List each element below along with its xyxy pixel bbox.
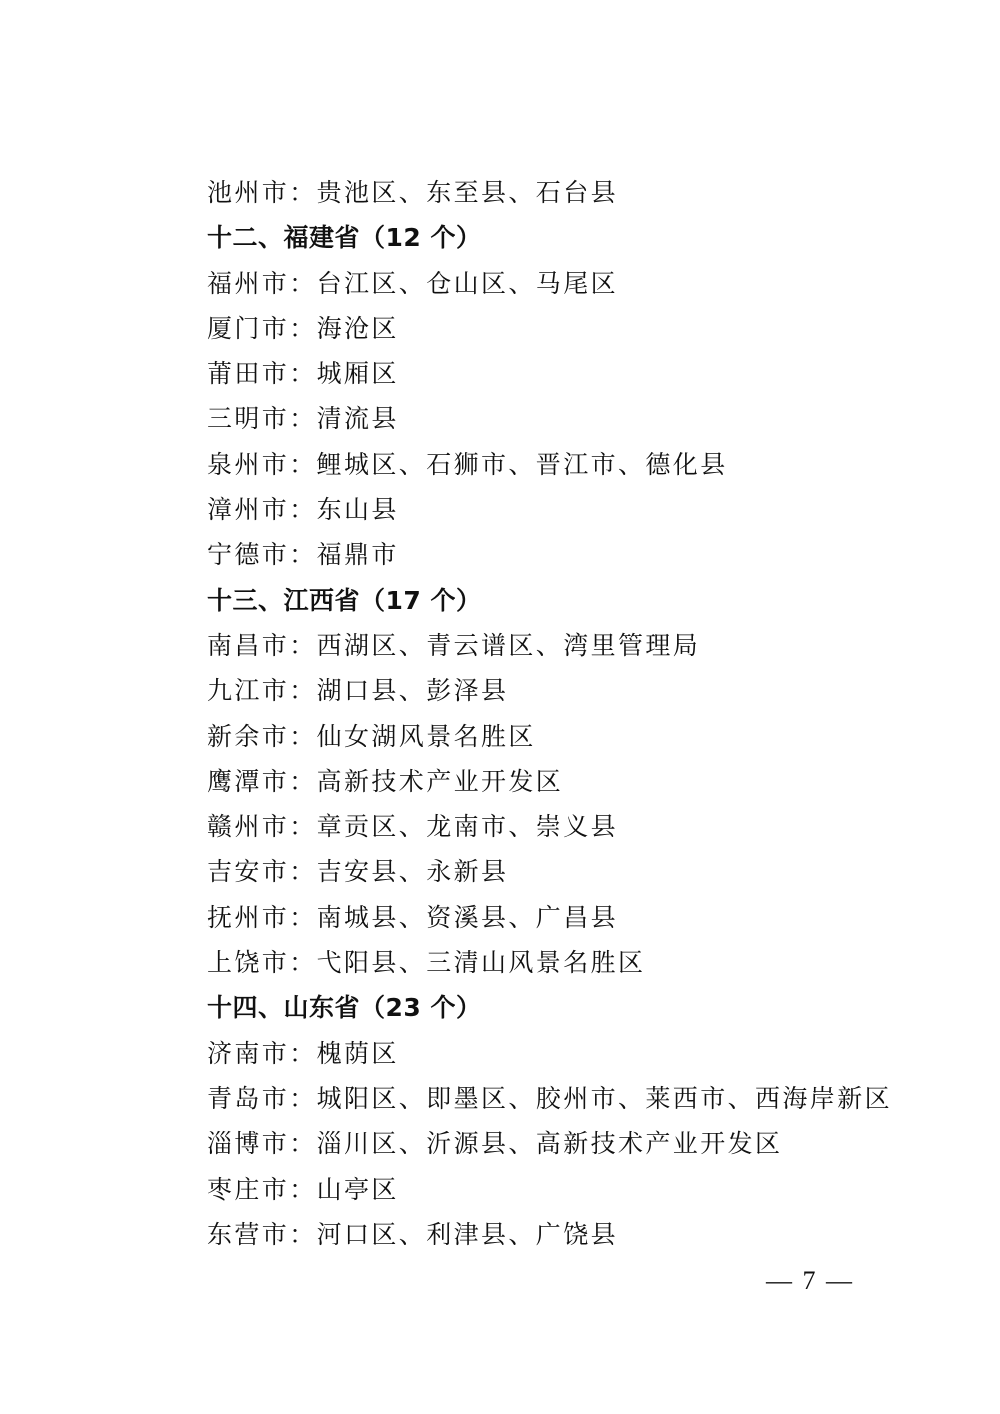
entry-ningde: 宁德市：福鼎市 <box>207 532 867 577</box>
city-name: 南昌市： <box>207 631 317 660</box>
district-list: 弋阳县、三清山风景名胜区 <box>317 948 646 977</box>
section-heading-jiangxi: 十三、江西省（17 个） <box>207 578 867 623</box>
entry-fuzhou: 福州市：台江区、仓山区、马尾区 <box>207 261 867 306</box>
city-name: 泉州市： <box>207 450 317 479</box>
district-list: 海沧区 <box>317 314 399 343</box>
city-name: 池州市： <box>207 178 317 207</box>
district-list: 台江区、仓山区、马尾区 <box>317 269 618 298</box>
city-name: 漳州市： <box>207 495 317 524</box>
city-name: 抚州市： <box>207 903 317 932</box>
district-list: 城阳区、即墨区、胶州市、莱西市、西海岸新区 <box>317 1084 892 1113</box>
document-body: 池州市：贵池区、东至县、石台县 十二、福建省（12 个） 福州市：台江区、仓山区… <box>207 170 867 1257</box>
city-name: 枣庄市： <box>207 1175 317 1204</box>
district-list: 高新技术产业开发区 <box>317 767 564 796</box>
city-name: 新余市： <box>207 722 317 751</box>
entry-zaozhuang: 枣庄市：山亭区 <box>207 1167 867 1212</box>
city-name: 上饶市： <box>207 948 317 977</box>
entry-nanchang: 南昌市：西湖区、青云谱区、湾里管理局 <box>207 623 867 668</box>
district-list: 仙女湖风景名胜区 <box>317 722 536 751</box>
district-list: 湖口县、彭泽县 <box>317 676 509 705</box>
entry-jian: 吉安市：吉安县、永新县 <box>207 849 867 894</box>
entry-zibo: 淄博市：淄川区、沂源县、高新技术产业开发区 <box>207 1121 867 1166</box>
district-list: 南城县、资溪县、广昌县 <box>317 903 618 932</box>
district-list: 山亭区 <box>317 1175 399 1204</box>
city-name: 鹰潭市： <box>207 767 317 796</box>
city-name: 赣州市： <box>207 812 317 841</box>
district-list: 贵池区、东至县、石台县 <box>317 178 618 207</box>
section-heading-shandong: 十四、山东省（23 个） <box>207 985 867 1030</box>
entry-chizhou: 池州市：贵池区、东至县、石台县 <box>207 170 867 215</box>
document-page: 池州市：贵池区、东至县、石台县 十二、福建省（12 个） 福州市：台江区、仓山区… <box>0 0 1000 1414</box>
district-list: 鲤城区、石狮市、晋江市、德化县 <box>317 450 728 479</box>
city-name: 厦门市： <box>207 314 317 343</box>
entry-jinan: 济南市：槐荫区 <box>207 1031 867 1076</box>
entry-xinyu: 新余市：仙女湖风景名胜区 <box>207 714 867 759</box>
district-list: 吉安县、永新县 <box>317 857 509 886</box>
entry-fuzhou-jx: 抚州市：南城县、资溪县、广昌县 <box>207 895 867 940</box>
district-list: 槐荫区 <box>317 1039 399 1068</box>
city-name: 九江市： <box>207 676 317 705</box>
entry-ganzhou: 赣州市：章贡区、龙南市、崇义县 <box>207 804 867 849</box>
district-list: 河口区、利津县、广饶县 <box>317 1220 618 1249</box>
entry-xiamen: 厦门市：海沧区 <box>207 306 867 351</box>
entry-jiujiang: 九江市：湖口县、彭泽县 <box>207 668 867 713</box>
city-name: 吉安市： <box>207 857 317 886</box>
district-list: 清流县 <box>317 404 399 433</box>
city-name: 青岛市： <box>207 1084 317 1113</box>
district-list: 东山县 <box>317 495 399 524</box>
district-list: 西湖区、青云谱区、湾里管理局 <box>317 631 701 660</box>
entry-shangrao: 上饶市：弋阳县、三清山风景名胜区 <box>207 940 867 985</box>
page-number: — 7 — <box>765 1266 855 1296</box>
entry-sanming: 三明市：清流县 <box>207 396 867 441</box>
city-name: 莆田市： <box>207 359 317 388</box>
entry-yingtan: 鹰潭市：高新技术产业开发区 <box>207 759 867 804</box>
entry-qingdao: 青岛市：城阳区、即墨区、胶州市、莱西市、西海岸新区 <box>207 1076 867 1121</box>
city-name: 宁德市： <box>207 540 317 569</box>
district-list: 福鼎市 <box>317 540 399 569</box>
entry-quanzhou: 泉州市：鲤城区、石狮市、晋江市、德化县 <box>207 442 867 487</box>
entry-putian: 莆田市：城厢区 <box>207 351 867 396</box>
section-heading-fujian: 十二、福建省（12 个） <box>207 215 867 260</box>
city-name: 三明市： <box>207 404 317 433</box>
district-list: 城厢区 <box>317 359 399 388</box>
city-name: 淄博市： <box>207 1129 317 1158</box>
district-list: 淄川区、沂源县、高新技术产业开发区 <box>317 1129 783 1158</box>
city-name: 福州市： <box>207 269 317 298</box>
city-name: 东营市： <box>207 1220 317 1249</box>
city-name: 济南市： <box>207 1039 317 1068</box>
entry-zhangzhou: 漳州市：东山县 <box>207 487 867 532</box>
district-list: 章贡区、龙南市、崇义县 <box>317 812 618 841</box>
entry-dongying: 东营市：河口区、利津县、广饶县 <box>207 1212 867 1257</box>
